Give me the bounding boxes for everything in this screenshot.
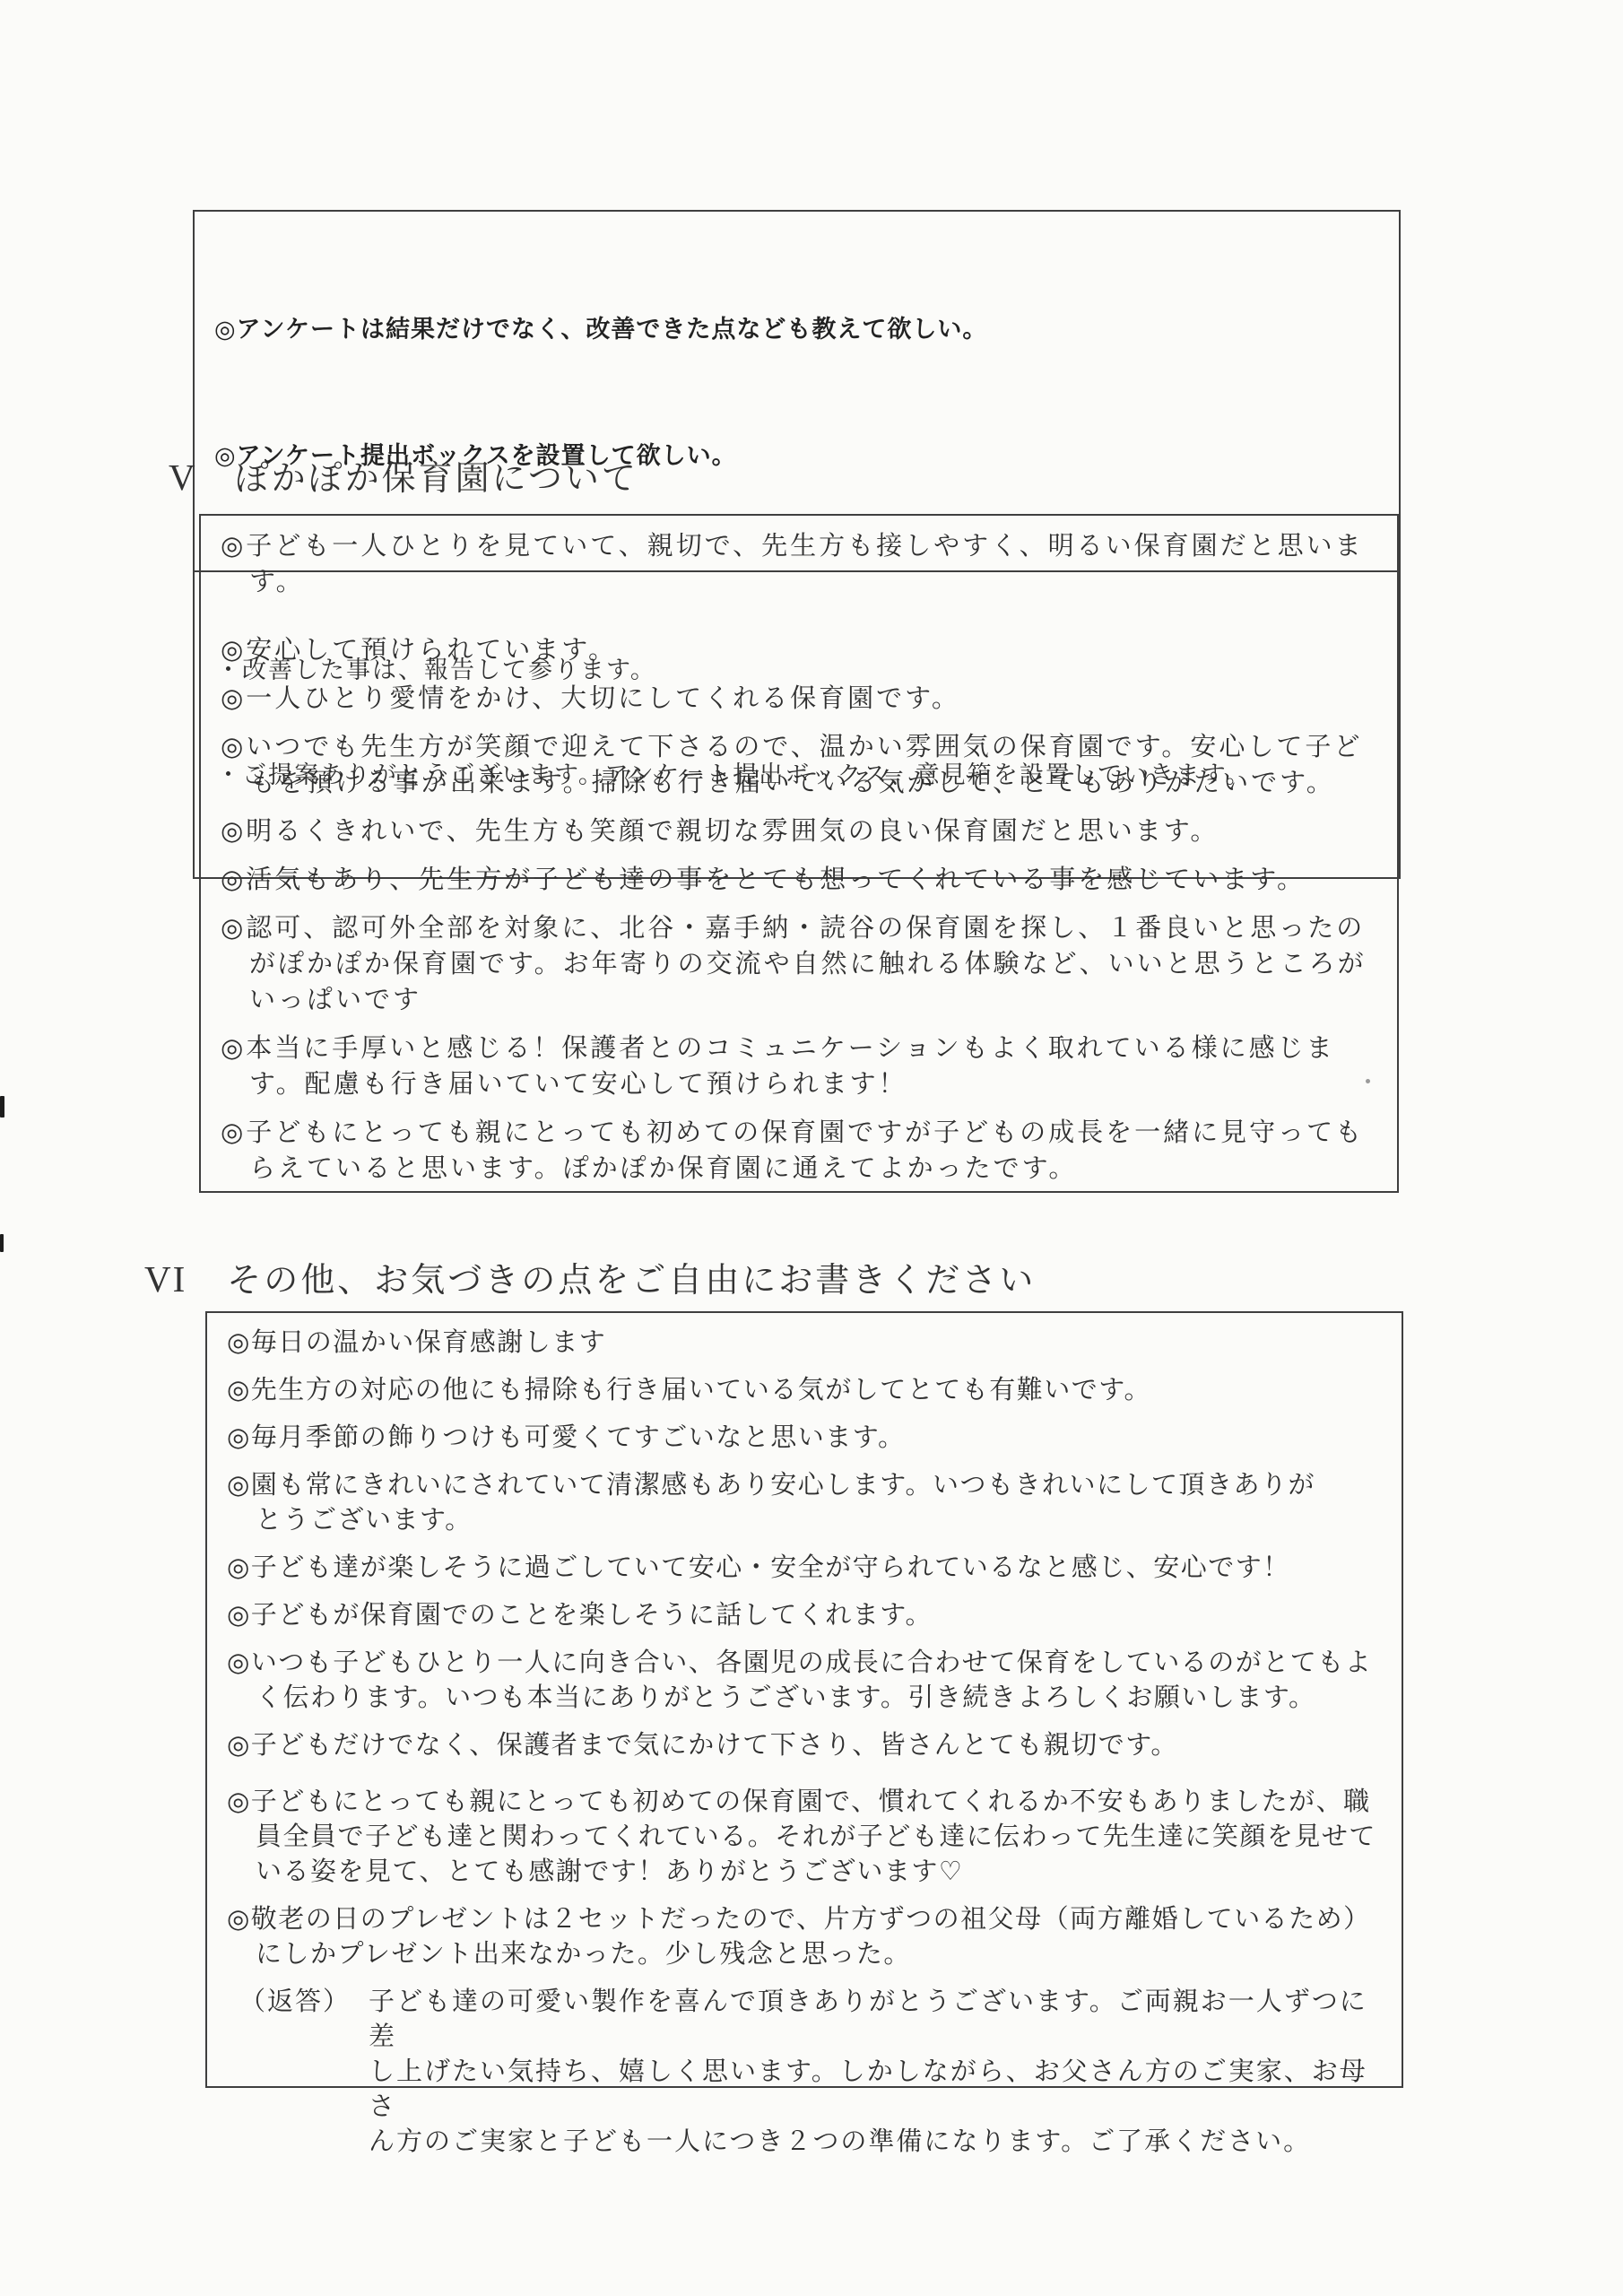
section-v-numeral: V bbox=[169, 456, 197, 499]
comment-item: ◎一人ひとり愛情をかけ、大切にしてくれる保育園です。 bbox=[221, 681, 1377, 717]
comment-item: ◎いつも子どもひとり一人に向き合い、各園児の成長に合わせて保育をしているのがとて… bbox=[227, 1646, 1382, 1716]
comment-item: ◎子どもが保育園でのことを楽しそうに話してくれます。 bbox=[227, 1598, 1382, 1633]
feedback-request-line: ◎アンケートは結果だけでなく、改善できた点なども教えて欲しい。 bbox=[214, 309, 1381, 351]
comment-item: ◎敬老の日のプレゼントは２セットだったので、片方ずつの祖父母（両方離婚しているた… bbox=[227, 1902, 1382, 1972]
scan-artifact bbox=[0, 1096, 4, 1118]
section-v-comments-box: ◎子ども一人ひとりを見ていて、親切で、先生方も接しやすく、明るい保育園だと思いま… bbox=[199, 514, 1399, 1193]
comment-item: ◎認可、認可外全部を対象に、北谷・嘉手納・読谷の保育園を探し、１番良いと思ったの… bbox=[221, 910, 1377, 1018]
section-v-heading: V ぽかぽか保育園について bbox=[169, 450, 638, 500]
section-vi-comments-box: ◎毎日の温かい保育感謝します ◎先生方の対応の他にも掃除も行き届いている気がして… bbox=[205, 1311, 1403, 2088]
comment-item: ◎子ども一人ひとりを見ていて、親切で、先生方も接しやすく、明るい保育園だと思いま… bbox=[221, 528, 1377, 600]
scan-artifact bbox=[0, 1234, 4, 1252]
comment-item: ◎毎日の温かい保育感謝します bbox=[227, 1326, 1382, 1361]
section-v-title: ぽかぽか保育園について bbox=[235, 450, 638, 500]
comment-item: ◎活気もあり、先生方が子ども達の事をとても想ってくれている事を感じています。 bbox=[221, 862, 1377, 898]
comment-item: ◎子ども達が楽しそうに過ごしていて安心・安全が守られているなと感じ、安心です！ bbox=[227, 1551, 1382, 1586]
section-vi-heading: VI その他、お気づきの点をご自由にお書きください bbox=[144, 1252, 1036, 1301]
comment-item: ◎明るくきれいで、先生方も笑顔で親切な雰囲気の良い保育園だと思います。 bbox=[221, 813, 1377, 849]
comment-item: ◎子どもにとっても親にとっても初めての保育園ですが子どもの成長を一緒に見守っても… bbox=[221, 1115, 1377, 1187]
comment-item: ◎毎月季節の飾りつけも可愛くてすごいなと思います。 bbox=[227, 1421, 1382, 1456]
section-vi-title: その他、お気づきの点をご自由にお書きください bbox=[227, 1252, 1036, 1301]
reply-block: （返答） 子ども達の可愛い製作を喜んで頂きありがとうございます。ご両親お一人ずつ… bbox=[239, 1985, 1382, 2160]
comment-item: ◎子どもにとっても親にとっても初めての保育園で、慣れてくれるか不安もありましたが… bbox=[227, 1785, 1382, 1890]
comment-item: ◎子どもだけでなく、保護者まで気にかけて下さり、皆さんとても親切です。 bbox=[227, 1728, 1382, 1763]
comment-item: ◎園も常にきれいにされていて清潔感もあり安心します。いつもきれいにして頂きありが… bbox=[227, 1468, 1382, 1538]
scan-artifact bbox=[1366, 1079, 1370, 1083]
comment-item: ◎本当に手厚いと感じる！保護者とのコミュニケーションもよく取れている様に感じま … bbox=[221, 1031, 1377, 1102]
section-vi-numeral: VI bbox=[144, 1257, 187, 1300]
reply-text: 子ども達の可愛い製作を喜んで頂きありがとうございます。ご両親お一人ずつに差 し上… bbox=[369, 1985, 1382, 2160]
comment-item: ◎安心して預けられています。 bbox=[221, 632, 1377, 668]
comment-item: ◎いつでも先生方が笑顔で迎えて下さるので、温かい雰囲気の保育園です。安心して子ど… bbox=[221, 729, 1377, 801]
reply-label: （返答） bbox=[239, 1985, 351, 2160]
comment-item: ◎先生方の対応の他にも掃除も行き届いている気がしてとても有難いです。 bbox=[227, 1373, 1382, 1408]
scanned-survey-page: ◎アンケートは結果だけでなく、改善できた点なども教えて欲しい。 ◎アンケート提出… bbox=[0, 0, 1623, 2296]
